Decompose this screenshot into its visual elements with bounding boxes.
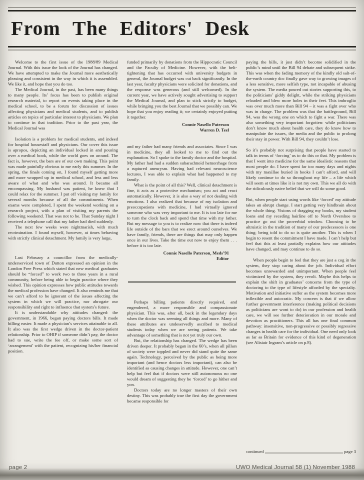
section-divider-rule (128, 282, 236, 283)
paragraph: But, the relationship has changed. The w… (127, 338, 237, 388)
text-column-3: paying the bills, it just didn’t become … (246, 60, 356, 457)
paragraph: The next few weeks were nightmarish, wit… (8, 225, 118, 242)
paragraph: Last February a councillor from the medi… (8, 255, 118, 310)
title-rule-top (8, 7, 356, 12)
thick-rule (8, 46, 356, 48)
continued-line: continued page 3 (246, 449, 356, 457)
paragraph: What is the point of all this? Well, cli… (127, 183, 237, 249)
paragraph: Perhaps billing patients directly requir… (127, 300, 237, 339)
paragraph: When people begin to feel that they are … (246, 258, 356, 346)
paragraph: paying the bills, it just didn’t become … (246, 60, 356, 143)
continued-label: continued (246, 449, 264, 455)
dotted-leader (265, 453, 342, 454)
signature-title: Editor (127, 256, 229, 262)
paragraph: Isolation is a problem for medical stude… (8, 137, 118, 225)
thin-rule (8, 7, 356, 8)
paragraph: and my father had many friends and assoc… (127, 144, 237, 183)
paragraph: Welcome to the first issue of the 1988/8… (8, 60, 118, 88)
paragraph: The Medical Journal, in the past, has be… (8, 87, 118, 131)
paragraph: So it’s probably not surprising that peo… (246, 148, 356, 192)
continued-page-ref: page 3 (344, 449, 356, 455)
page-title: From The Editors' Desk (11, 17, 356, 41)
signature-block: Connie Nasello Paterson Warren D. Teel (127, 122, 237, 133)
paragraph: funded primarily by donations from the H… (127, 60, 237, 121)
page-content: From The Editors' Desk Welcome to the fi… (0, 0, 364, 480)
signature-name: Warren D. Teel (127, 128, 229, 134)
title-rule-bottom (8, 46, 356, 51)
text-column-2: funded primarily by donations from the H… (127, 60, 237, 457)
paragraph: But, when people start using words like … (246, 197, 356, 252)
text-column-1: Welcome to the first issue of the 1988/8… (8, 60, 118, 457)
thin-rule (8, 50, 356, 51)
scan-edge-shadow (0, 468, 364, 480)
signature-block: Connie Nasello Paterson, Meds’91 Editor (127, 251, 237, 262)
scanned-journal-page: From The Editors' Desk Welcome to the fi… (0, 0, 364, 480)
thick-rule (8, 10, 356, 12)
three-column-body: Welcome to the first issue of the 1988/8… (8, 60, 356, 457)
paragraph: Doctors today are no longer masters of t… (127, 388, 237, 405)
paragraph: It is understandable why attitudes chang… (8, 310, 118, 354)
